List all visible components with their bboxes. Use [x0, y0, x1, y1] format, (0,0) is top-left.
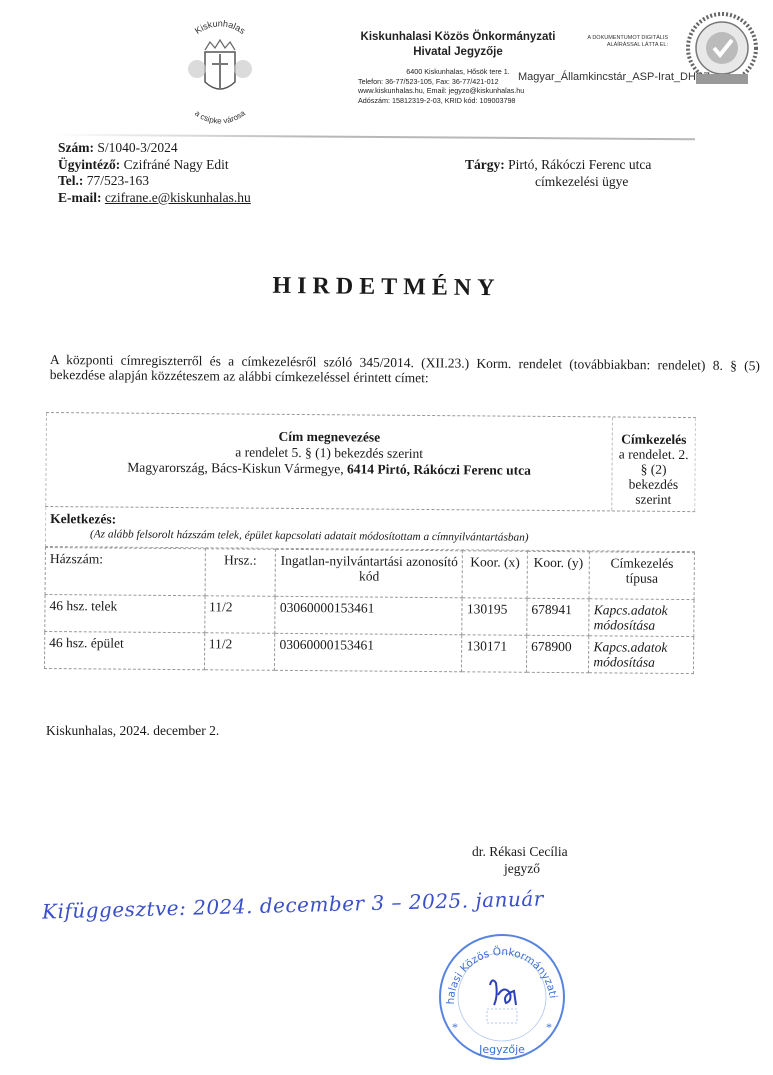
cell-kod: 03060000153461: [275, 596, 462, 634]
cell-hazszam: 46 hsz. telek: [45, 594, 205, 632]
cell-koor-x: 130171: [462, 635, 527, 673]
col-tipus: Címkezelés típusa: [589, 552, 694, 600]
tel-label: Tel.:: [58, 173, 83, 188]
col-koor-y: Koor. (y): [527, 551, 590, 598]
cell-koor-y: 678900: [526, 635, 589, 672]
svg-text:*: *: [546, 1020, 552, 1034]
svg-text:Kiskunhalas: Kiskunhalas: [193, 18, 248, 36]
address-cell: Cím megnevezése a rendelet 5. § (1) beke…: [45, 413, 612, 510]
office-name-line2: Hivatal Jegyzője: [358, 45, 558, 60]
crest-bottom-text: a csipke városa: [193, 108, 247, 124]
office-letterhead: Kiskunhalasi Közös Önkormányzati Hivatal…: [358, 30, 558, 105]
document-title: HIRDETMÉNY: [0, 270, 773, 305]
cell-tipus: Kapcs.adatok módosítása: [589, 599, 694, 637]
city-crest-logo: Kiskunhalas a csipke városa: [170, 14, 270, 124]
tel-number: 77/523-163: [87, 173, 149, 188]
signature-block: dr. Rékasi Cecília jegyző: [472, 843, 568, 877]
table-row: 46 hsz. telek 11/2 03060000153461 130195…: [45, 594, 694, 636]
case-metadata: Szám: S/1040-3/2024 Ügyintéző: Czifráné …: [58, 140, 251, 206]
cell-koor-x: 130195: [462, 598, 527, 636]
address-table: Cím megnevezése a rendelet 5. § (1) beke…: [44, 412, 696, 674]
grid-header-row: Házszám: Hrsz.: Ingatlan-nyilvántartási …: [45, 547, 694, 599]
subject-line1: Pirtó, Rákóczi Ferenc utca: [508, 157, 651, 172]
svg-text:*: *: [452, 1020, 458, 1034]
digital-sign-line2: ALÁÍRÁSSAL LÁTTA EL:: [553, 42, 668, 49]
digital-signature-notice: A DOKUMENTUMOT DIGITÁLIS ALÁÍRÁSSAL LÁTT…: [553, 35, 668, 49]
stamp-ring-text: Kiskunhalasi Közös Önkormányzati Hivatal: [432, 925, 559, 1005]
place-date: Kiskunhalas, 2024. december 2.: [46, 723, 219, 739]
subject-block: Tárgy: Pirtó, Rákóczi Ferenc utca címkez…: [465, 157, 651, 190]
cell-kod: 03060000153461: [275, 633, 462, 671]
subject-label: Tárgy:: [465, 157, 505, 172]
subject-line2: címkezelési ügye: [465, 174, 651, 191]
col-hrsz: Hrsz.:: [205, 549, 276, 597]
case-number: S/1040-3/2024: [97, 140, 177, 155]
property-grid: Házszám: Hrsz.: Ingatlan-nyilvántartási …: [44, 547, 695, 674]
cell-tipus: Kapcs.adatok módosítása: [589, 636, 694, 674]
stamp-bottom-text: Jegyzője: [478, 1043, 525, 1056]
digital-sign-line1: A DOKUMENTUMOT DIGITÁLIS: [553, 35, 668, 42]
address-title: Cím megnevezése: [278, 429, 380, 445]
office-tax-id: Adószám: 15812319-2-03, KRID kód: 109003…: [358, 96, 558, 106]
handler-label: Ügyintéző:: [58, 157, 120, 172]
cell-hazszam: 46 hsz. épület: [44, 631, 204, 669]
address-management-cell: Címkezelés a rendelet. 2. § (2) bekezdés…: [611, 417, 696, 511]
office-web-email: www.kiskunhalas.hu, Email: jegyzo@kiskun…: [358, 86, 558, 96]
address-value-bold: 6414 Pirtó, Rákóczi Ferenc utca: [347, 461, 531, 477]
signatory-name: dr. Rékasi Cecília: [472, 843, 568, 860]
col-hazszam: Házszám:: [45, 547, 205, 595]
handler-name: Czifráné Nagy Edit: [124, 157, 229, 172]
svg-text:a csipke városa: a csipke városa: [193, 108, 247, 124]
origin-row: Keletkezés: (Az alább felsorolt házszám …: [45, 507, 695, 552]
email-label: E-mail:: [58, 190, 102, 205]
cell-koor-y: 678941: [527, 598, 590, 635]
table-row: 46 hsz. épület 11/2 03060000153461 13017…: [44, 631, 693, 673]
office-name-line1: Kiskunhalasi Közös Önkormányzati: [358, 30, 558, 45]
case-number-label: Szám:: [58, 140, 94, 155]
intro-paragraph: A központi címregiszterről és a címkezel…: [50, 352, 760, 388]
ck-title: Címkezelés: [621, 432, 686, 448]
email-link[interactable]: czifrane.e@kiskunhalas.hu: [105, 190, 251, 205]
official-stamp-icon: Kiskunhalasi Közös Önkormányzati Hivatal…: [432, 925, 572, 1065]
ck-sub: a rendelet. 2. § (2) bekezdés szerint: [614, 446, 692, 507]
cell-hrsz: 11/2: [204, 596, 275, 634]
government-verification-seal-icon: [682, 10, 762, 90]
address-value-plain: Magyarország, Bács-Kiskun Vármegye,: [127, 460, 347, 477]
cell-hrsz: 11/2: [204, 633, 275, 671]
svg-text:Kiskunhalasi Közös Önkormányza: Kiskunhalasi Közös Önkormányzati Hivatal: [432, 925, 559, 1005]
signatory-role: jegyző: [472, 860, 568, 877]
col-koor-x: Koor. (x): [463, 551, 528, 599]
crest-top-text: Kiskunhalas: [193, 18, 248, 36]
col-kod: Ingatlan-nyilvántartási azonosító kód: [275, 549, 462, 597]
handwritten-posting-note: Kifüggesztve: 2024. december 3 – 2025. j…: [42, 886, 544, 923]
